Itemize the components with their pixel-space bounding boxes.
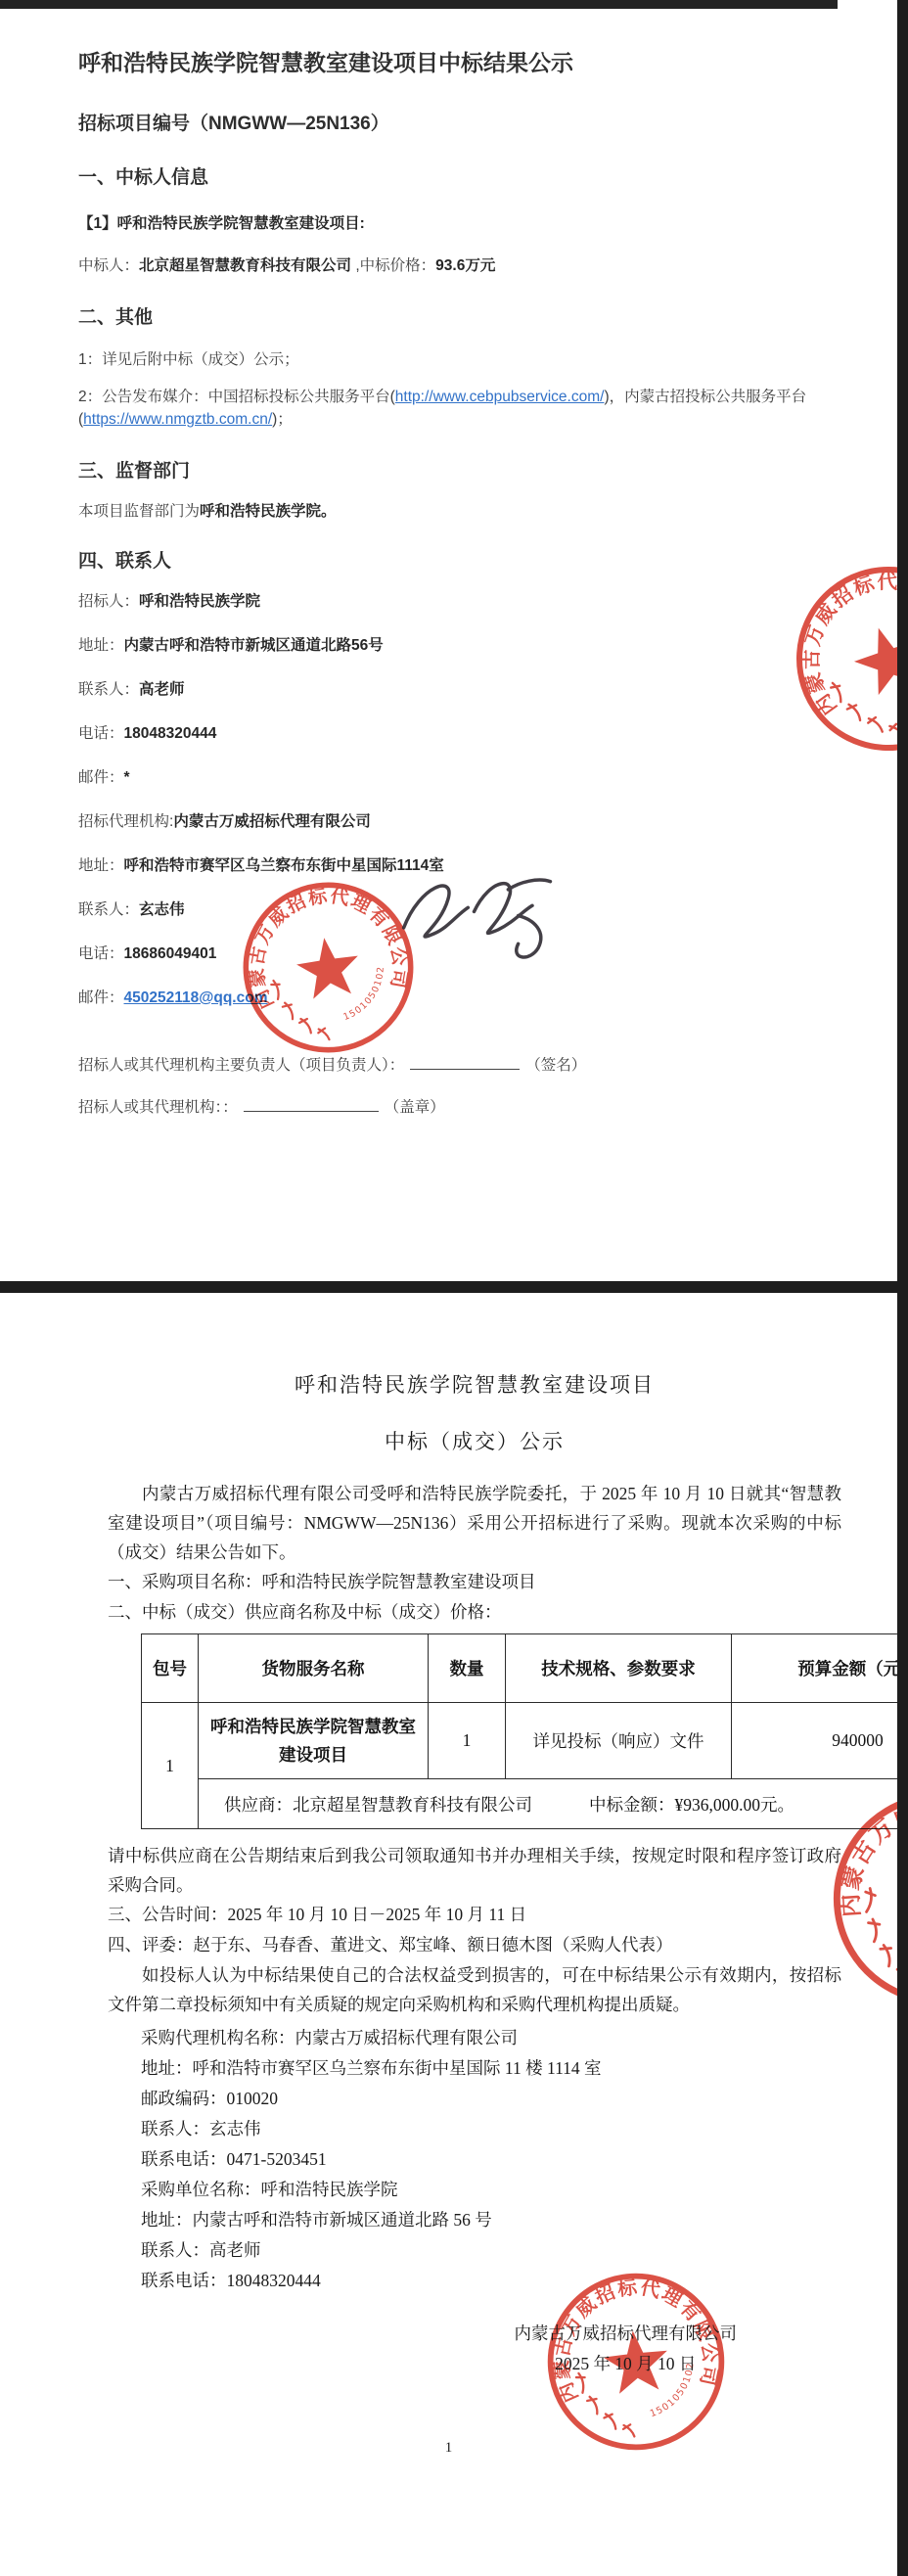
cell-spec: 详见投标（响应）文件 [506,1703,732,1779]
cell-supplier: 供应商：北京超星智慧教育科技有限公司中标金额：¥936,000.00元。 [199,1779,898,1829]
notice-title-line1: 呼和浩特民族学院智慧教室建设项目 [108,1369,841,1399]
seal-line: 招标人或其代理机构：：（盖章） [78,1096,829,1119]
item-announce-time: 三、公告时间：2025 年 10 月 10 日－2025 年 10 月 11 日 [108,1900,841,1930]
cebpubservice-link[interactable]: http://www.cebpubservice.com/ [395,389,605,405]
contact-line: 招标人：呼和浩特民族学院 [78,590,829,613]
table-supplier-row: 供应商：北京超星智慧教育科技有限公司中标金额：¥936,000.00元。 [142,1779,898,1829]
contact-line: 地址：内蒙古呼和浩特市新城区通道北路56号 [78,634,829,657]
price-value: 93.6万元 [435,257,495,274]
section2-heading: 二、其他 [78,302,829,329]
contact-line: 联系电话：0471-5203451 [141,2144,841,2175]
footer-org: 内蒙古万威招标代理有限公司 [515,2319,738,2349]
contact-block: 采购代理机构名称：内蒙古万威招标代理有限公司 地址：呼和浩特市赛罕区乌兰察布东街… [108,2023,841,2296]
contact-line: 联系人：高老师 [78,678,829,701]
contact-line: 招标代理机构:内蒙古万威招标代理有限公司 [78,810,829,833]
price-label: ,中标价格： [351,257,435,274]
section1-item: 【1】呼和浩特民族学院智慧教室建设项目: [78,212,829,235]
cell-goods: 呼和浩特民族学院智慧教室建设项目 [199,1703,429,1779]
footer-date: 2025 年 10 月 10 日 [515,2349,738,2379]
section3-text: 本项目监督部门为呼和浩特民族学院。 [78,500,829,523]
contact-line: 地址：内蒙古呼和浩特市新城区通道北路 56 号 [141,2205,841,2235]
item-project-name: 一、采购项目名称：呼和浩特民族学院智慧教室建设项目 [108,1567,841,1597]
award-table: 包号 货物服务名称 数量 技术规格、参数要求 预算金额（元） 1 呼和浩特民族学… [141,1633,897,1829]
item-supplier-price: 二、中标（成交）供应商名称及中标（成交）价格： [108,1597,841,1628]
intro-paragraph: 内蒙古万威招标代理有限公司受呼和浩特民族学院委托，于 2025 年 10 月 1… [108,1479,841,1567]
cell-package: 1 [142,1703,199,1829]
section2-item2: 2：公告发布媒介：中国招标投标公共服务平台(http://www.cebpubs… [78,386,829,431]
header-spec: 技术规格、参数要求 [506,1634,732,1703]
footer-signature-block: 内蒙古万威招标代理有限公司 2025 年 10 月 10 日 [515,2319,738,2379]
contact-line: 邮件：450252118@qq.com [78,987,829,1009]
contact-line: 邮件：* [78,766,829,789]
table-header-row: 包号 货物服务名称 数量 技术规格、参数要求 预算金额（元） [142,1634,898,1703]
header-qty: 数量 [429,1634,506,1703]
contact-line: 电话：18048320444 [78,722,829,745]
winner-label: 中标人： [78,257,139,274]
header-package: 包号 [142,1634,199,1703]
page-number: 1 [0,2440,897,2457]
objection-paragraph: 如投标人认为中标结果使自己的合法权益受到损害的，可在中标结果公示有效期内，按招标… [108,1960,841,2019]
section1-heading: 一、中标人信息 [78,162,829,189]
header-budget: 预算金额（元） [732,1634,898,1703]
signature-line: 招标人或其代理机构主要负责人（项目负责人）：（签名） [78,1054,829,1077]
page-title: 呼和浩特民族学院智慧教室建设项目中标结果公示 [78,45,829,77]
contact-line: 邮政编码：010020 [141,2084,841,2114]
section4-heading: 四、联系人 [78,546,829,573]
section2-item1: 1：详见后附中标（成交）公示； [78,348,829,371]
header-goods: 货物服务名称 [199,1634,429,1703]
seal-blank [244,1097,379,1112]
document-viewer: 呼和浩特民族学院智慧教室建设项目中标结果公示 招标项目编号（NMGWW—25N1… [0,0,908,2576]
project-number: 招标项目编号（NMGWW—25N136） [78,109,829,135]
contact-line: 采购代理机构名称：内蒙古万威招标代理有限公司 [141,2023,841,2053]
scan-edge-top [0,0,838,9]
contact-line: 联系电话：18048320444 [141,2266,841,2296]
cell-qty: 1 [429,1703,506,1779]
item-judges: 四、评委：赵于东、马春香、董进文、郑宝峰、额日德木图（采购人代表） [108,1930,841,1960]
table-row: 1 呼和浩特民族学院智慧教室建设项目 1 详见投标（响应）文件 940000 [142,1703,898,1779]
nmgztb-link[interactable]: https://www.nmgztb.com.cn/ [83,411,272,428]
winner-line: 中标人：北京超星智慧教育科技有限公司 ,中标价格：93.6万元 [78,254,829,277]
contact-line: 联系人：玄志伟 [141,2114,841,2144]
scan-edge-right [897,0,908,2576]
winner-value: 北京超星智慧教育科技有限公司 [139,257,351,274]
section3-heading: 三、监督部门 [78,456,829,483]
contact-line: 地址：呼和浩特市赛罕区乌兰察布东街中星国际 11 楼 1114 室 [141,2053,841,2084]
notice-title-line2: 中标（成交）公示 [108,1426,841,1455]
scanned-notice-page: 呼和浩特民族学院智慧教室建设项目 中标（成交）公示 内蒙古万威招标代理有限公司受… [0,1293,897,2576]
signature-blank [410,1055,520,1070]
handwritten-signature [389,855,561,971]
announcement-page: 呼和浩特民族学院智慧教室建设项目中标结果公示 招标项目编号（NMGWW—25N1… [0,0,897,1281]
contact-line: 联系人：高老师 [141,2235,841,2266]
contact-line: 采购单位名称：呼和浩特民族学院 [141,2175,841,2205]
notice-paragraph: 请中标供应商在公告期结束后到我公司领取通知书并办理相关手续，按规定时限和程序签订… [108,1841,841,1900]
